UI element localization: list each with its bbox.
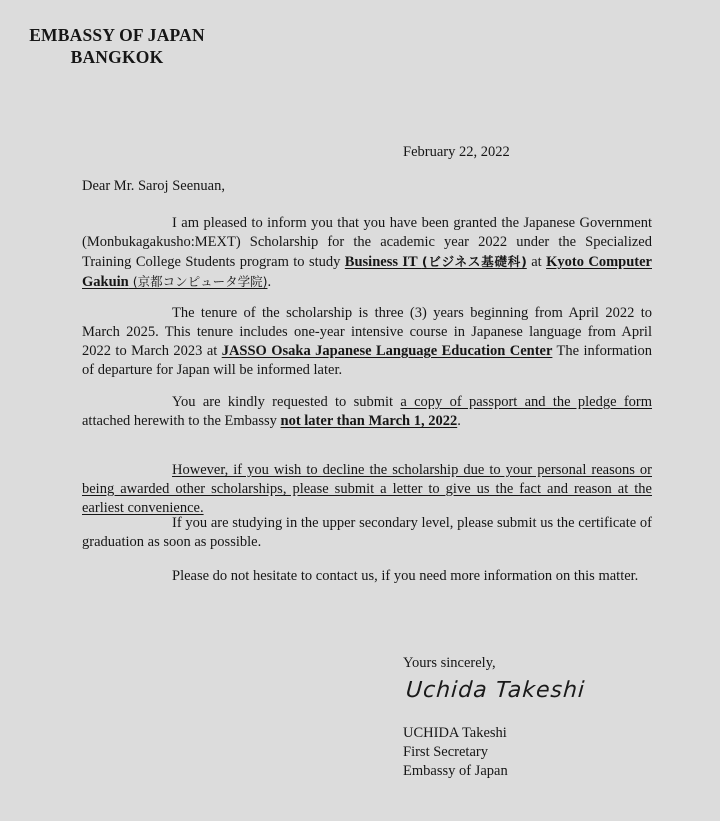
- program-name-jp: (ビジネス基礎科): [422, 254, 527, 269]
- paragraph-contact: Please do not hesitate to contact us, if…: [82, 567, 652, 586]
- salutation: Dear Mr. Saroj Seenuan,: [82, 178, 225, 195]
- paragraph-scholarship-grant: I am pleased to inform you that you have…: [82, 214, 652, 292]
- p5-text: If you are studying in the upper seconda…: [82, 515, 652, 550]
- p3-text-after: .: [457, 413, 461, 429]
- letterhead-city: BANGKOK: [24, 46, 210, 68]
- handwritten-signature: Uchida Takeshi: [405, 678, 586, 703]
- letterhead: EMBASSY OF JAPAN BANGKOK: [24, 24, 210, 68]
- p4-text: However, if you wish to decline the scho…: [82, 462, 652, 516]
- paragraph-tenure: The tenure of the scholarship is three (…: [82, 304, 652, 380]
- p3-text-before: You are kindly requested to submit: [172, 394, 400, 410]
- p1-text-mid: at: [527, 254, 546, 270]
- required-documents: a copy of passport and the pledge form: [400, 394, 652, 410]
- letterhead-embassy: EMBASSY OF JAPAN: [24, 24, 210, 46]
- signatory-title: First Secretary: [403, 743, 508, 762]
- paragraph-decline-instructions: However, if you wish to decline the scho…: [82, 461, 652, 518]
- language-center: JASSO Osaka Japanese Language Education …: [222, 343, 553, 359]
- submission-deadline: not later than March 1, 2022: [281, 413, 458, 429]
- p1-text-after: .: [267, 274, 271, 290]
- paragraph-submission-request: You are kindly requested to submit a cop…: [82, 393, 652, 431]
- closing: Yours sincerely,: [403, 655, 496, 672]
- signature-block: UCHIDA Takeshi First Secretary Embassy o…: [403, 724, 508, 781]
- school-name-jp: (京都コンピュータ学院): [129, 274, 268, 289]
- signatory-organization: Embassy of Japan: [403, 762, 508, 781]
- program-name-en: Business IT: [345, 254, 422, 270]
- paragraph-graduation-certificate: If you are studying in the upper seconda…: [82, 514, 652, 552]
- signatory-name: UCHIDA Takeshi: [403, 724, 508, 743]
- program-name: Business IT (ビジネス基礎科): [345, 254, 527, 270]
- p6-text: Please do not hesitate to contact us, if…: [172, 568, 638, 584]
- letter-date: February 22, 2022: [403, 144, 510, 161]
- p3-text-mid: attached herewith to the Embassy: [82, 413, 281, 429]
